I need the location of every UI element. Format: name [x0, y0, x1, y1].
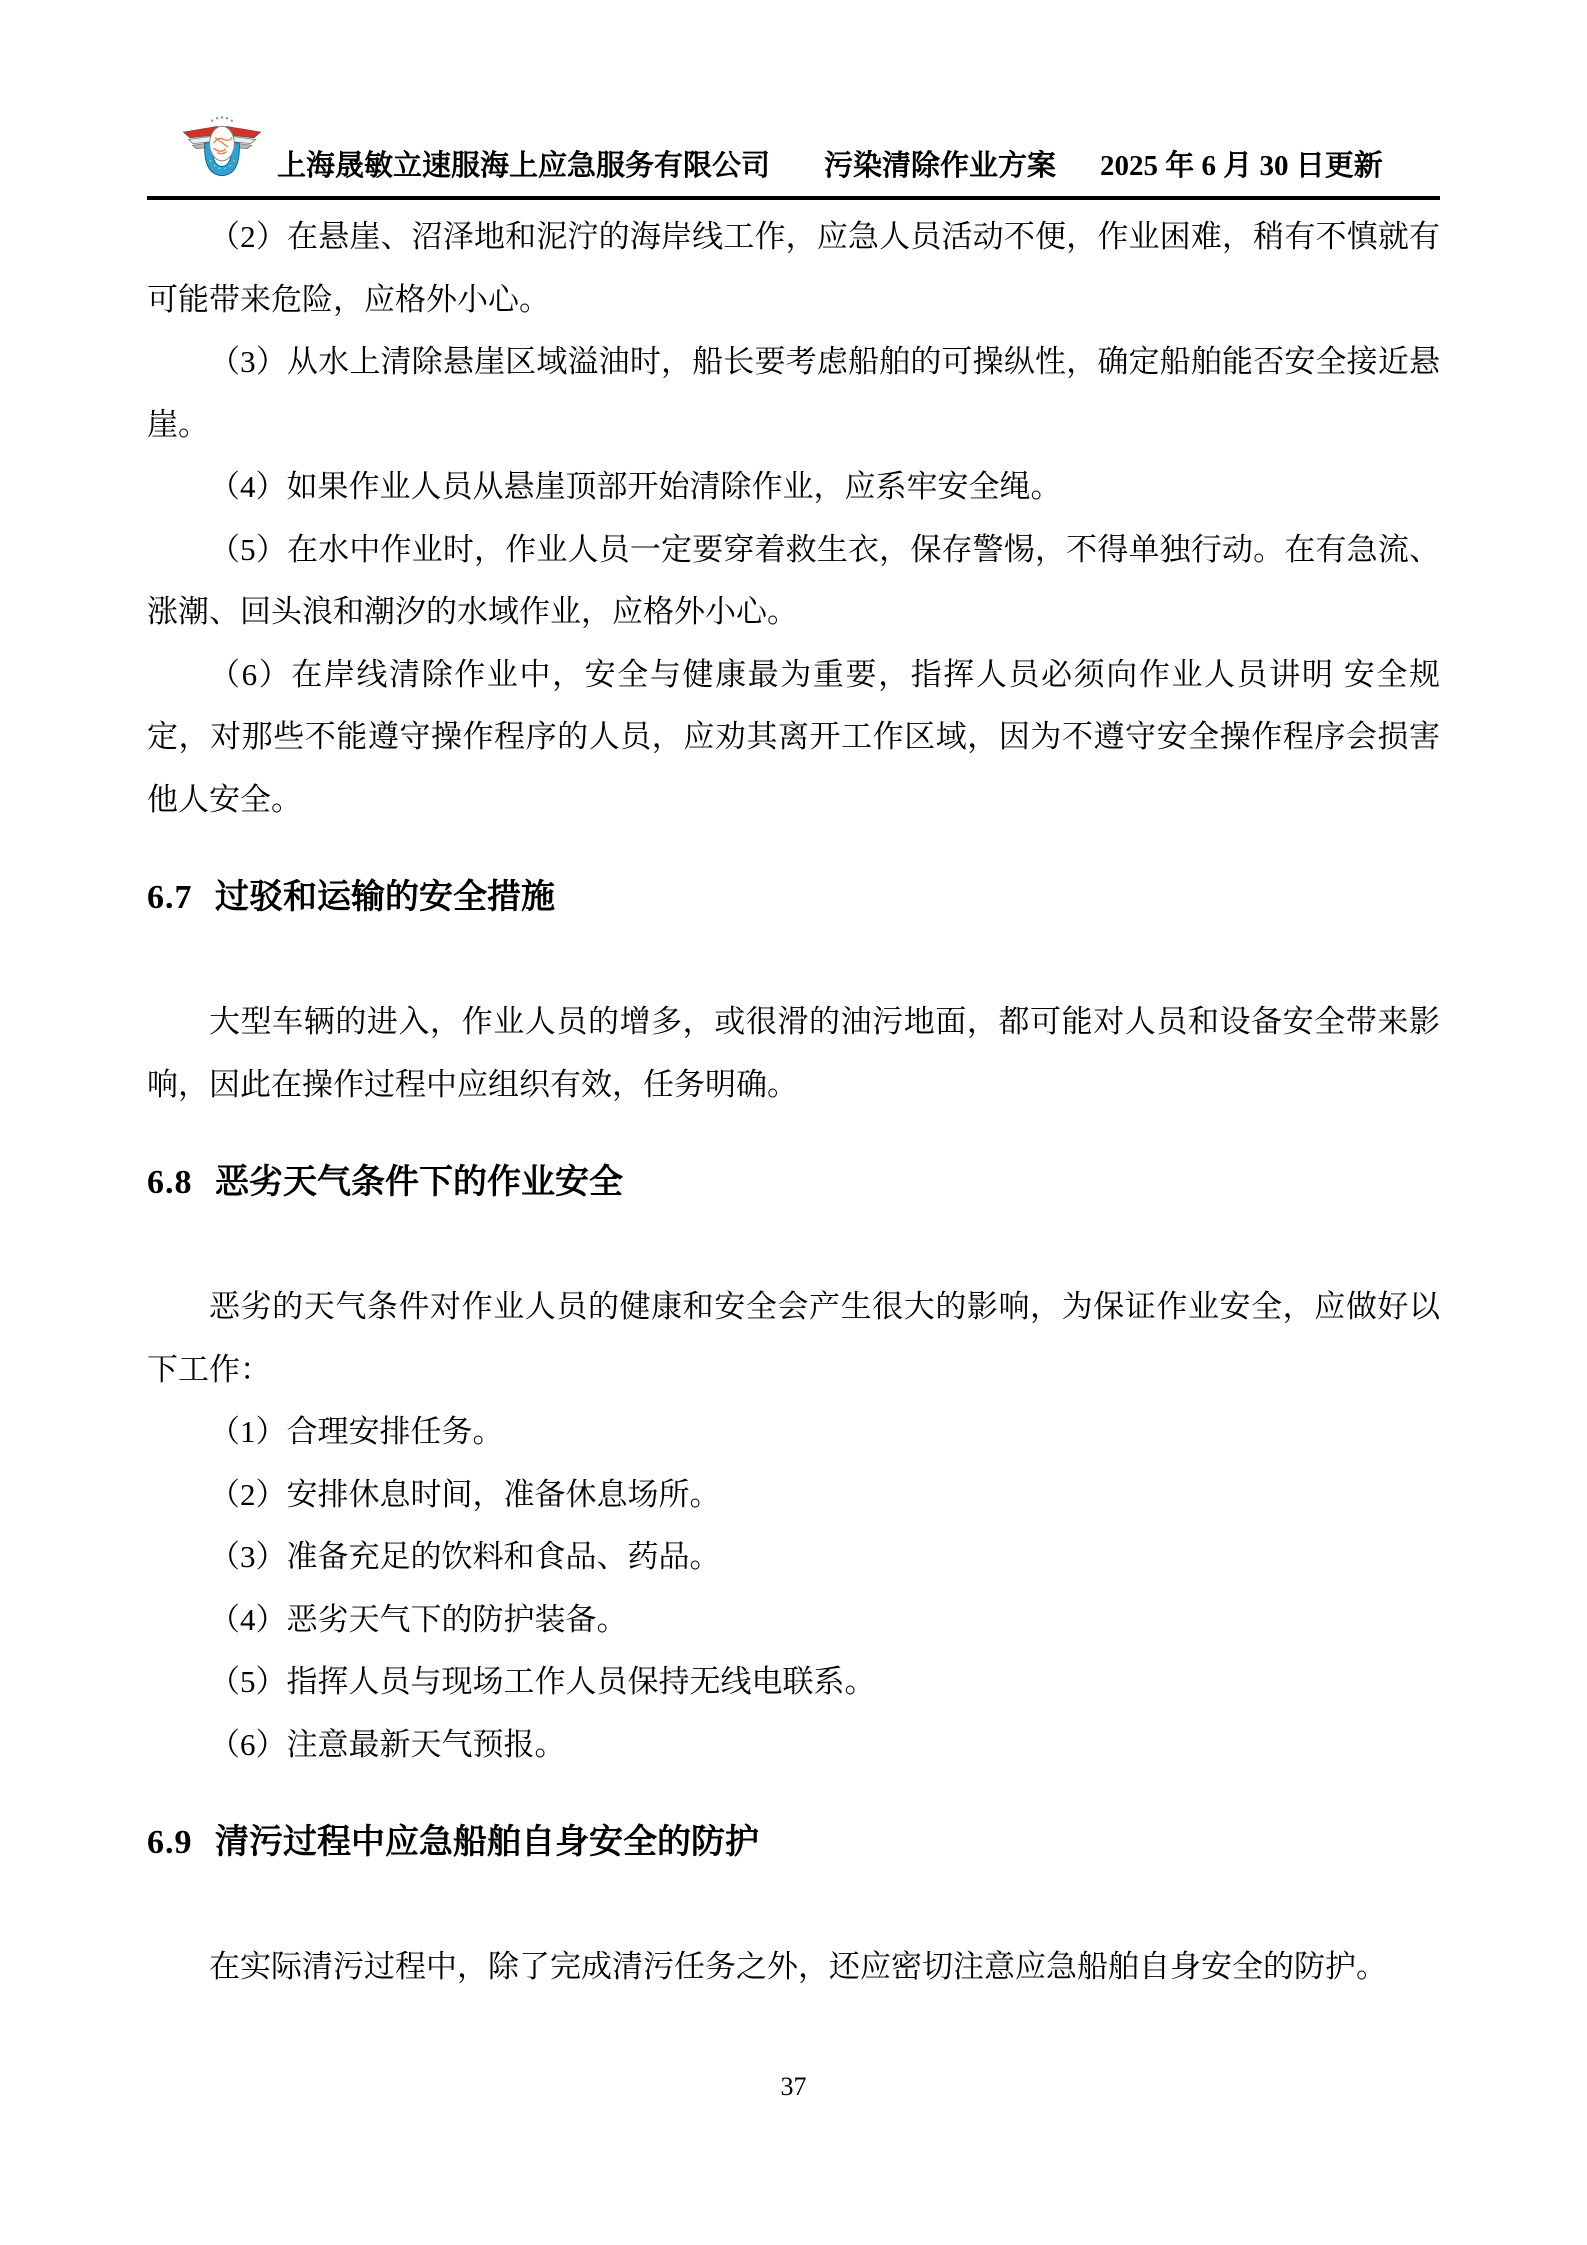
- section-6-7-paragraph: 大型车辆的进入，作业人员的增多，或很滑的油污地面，都可能对人员和设备安全带来影响…: [147, 991, 1440, 1116]
- section-heading-6-8: 6.8 恶劣天气条件下的作业安全: [147, 1158, 1440, 1208]
- section-title: 恶劣天气条件下的作业安全: [215, 1164, 623, 1201]
- document-body: （2）在悬崖、沼泽地和泥泞的海岸线工作，应急人员活动不便，作业困难，稍有不慎就有…: [147, 200, 1440, 1999]
- document-page: 上海晟敏立速服海上应急服务有限公司 污染清除作业方案 2025 年 6 月 30…: [0, 0, 1587, 2245]
- section-6-8-item-3: （3）准备充足的饮料和食品、药品。: [147, 1526, 1440, 1589]
- section-title: 清污过程中应急船舶自身安全的防护: [215, 1824, 759, 1861]
- company-logo-icon: [181, 110, 263, 192]
- section-6-8-item-4: （4）恶劣天气下的防护装备。: [147, 1589, 1440, 1652]
- section-6-8-item-2: （2）安排休息时间，准备休息场所。: [147, 1464, 1440, 1527]
- page-number: 37: [781, 2072, 807, 2101]
- intro-paragraph-3: （3）从水上清除悬崖区域溢油时，船长要考虑船舶的可操纵性，确定船舶能否安全接近悬…: [147, 331, 1440, 456]
- update-date: 2025 年 6 月 30 日更新: [1100, 143, 1383, 184]
- intro-paragraph-4: （4）如果作业人员从悬崖顶部开始清除作业，应系牢安全绳。: [147, 456, 1440, 519]
- intro-paragraph-2: （2）在悬崖、沼泽地和泥泞的海岸线工作，应急人员活动不便，作业困难，稍有不慎就有…: [147, 206, 1440, 331]
- page-header: 上海晟敏立速服海上应急服务有限公司 污染清除作业方案 2025 年 6 月 30…: [147, 0, 1440, 200]
- page-footer: 37: [0, 2072, 1587, 2102]
- section-6-8-item-1: （1）合理安排任务。: [147, 1401, 1440, 1464]
- section-number: 6.7: [147, 879, 193, 916]
- section-number: 6.8: [147, 1164, 193, 1201]
- section-6-8-paragraph: 恶劣的天气条件对作业人员的健康和安全会产生很大的影响，为保证作业安全，应做好以下…: [147, 1276, 1440, 1401]
- section-title: 过驳和运输的安全措施: [215, 879, 555, 916]
- section-heading-6-7: 6.7 过驳和运输的安全措施: [147, 873, 1440, 923]
- section-heading-6-9: 6.9 清污过程中应急船舶自身安全的防护: [147, 1818, 1440, 1868]
- section-6-9-paragraph: 在实际清污过程中，除了完成清污任务之外，还应密切注意应急船舶自身安全的防护。: [147, 1936, 1440, 1999]
- section-6-8-item-5: （5）指挥人员与现场工作人员保持无线电联系。: [147, 1651, 1440, 1714]
- intro-paragraph-5: （5）在水中作业时，作业人员一定要穿着救生衣，保存警惕，不得单独行动。在有急流、…: [147, 519, 1440, 644]
- header-text-row: 上海晟敏立速服海上应急服务有限公司 污染清除作业方案 2025 年 6 月 30…: [277, 143, 1383, 184]
- document-title: 污染清除作业方案: [824, 143, 1056, 184]
- section-6-8-item-6: （6）注意最新天气预报。: [147, 1714, 1440, 1777]
- intro-paragraph-6: （6）在岸线清除作业中，安全与健康最为重要，指挥人员必须向作业人员讲明 安全规定…: [147, 644, 1440, 832]
- company-name: 上海晟敏立速服海上应急服务有限公司: [277, 143, 770, 184]
- section-number: 6.9: [147, 1824, 193, 1861]
